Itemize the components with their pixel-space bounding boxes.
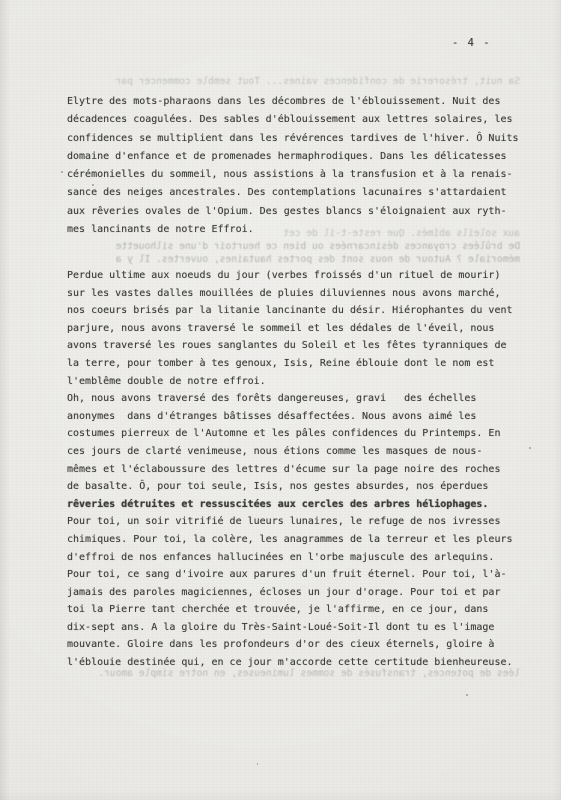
text-line: chimiques. Pour toi, la colère, les anag… (67, 531, 513, 549)
text-line: costumes pierreux de l'Automne et les pâ… (67, 425, 513, 443)
text-line: toi la Pierre tant cherchée et trouvée, … (67, 601, 513, 619)
text-line: mêmes et l'éclaboussure des lettres d'éc… (67, 461, 513, 479)
text-line: jamais des paroles magiciennes, écloses … (67, 584, 513, 602)
text-line: l'éblouie destinée qui, en ce jour m'acc… (67, 654, 513, 672)
text-line: nos coeurs brisés par la litanie lancina… (67, 302, 513, 320)
text-line: Pour toi, ce sang d'ivoire aux parures d… (67, 566, 513, 584)
dust-speck (92, 184, 94, 186)
dust-speck (61, 171, 63, 173)
bleed-through-line: De brûlées croyances désincarnées ou bie… (64, 241, 520, 252)
dust-speck (257, 763, 258, 765)
text-line: Oh, nous avons traversé des forêts dange… (67, 390, 513, 408)
text-line: sance des neiges ancestrales. Des contem… (67, 184, 519, 202)
text-line: décadences coagulées. Des sables d'éblou… (67, 111, 519, 129)
text-line: cérémonielles du sommeil, nous assistion… (67, 166, 519, 184)
text-line: anonymes dans d'étranges bâtisses désaff… (67, 408, 513, 426)
text-line: mes lancinants de notre Effroi. (67, 221, 519, 239)
text-line: ces jours de clarté venimeuse, nous étio… (67, 443, 513, 461)
dust-speck (466, 694, 468, 696)
typewritten-paragraph-2: Perdue ultime aux noeuds du jour (verbes… (67, 267, 513, 672)
text-line: d'effroi de nos enfances hallucinées en … (67, 549, 513, 567)
text-line: parjure, nous avons traversé le sommeil … (67, 320, 513, 338)
text-line: domaine d'enfance et de promenades herma… (67, 148, 519, 166)
text-line: confidences se multiplient dans les révé… (67, 130, 519, 148)
text-line: de basalte. Ô, pour toi seule, Isis, nos… (67, 478, 513, 496)
text-line: l'emblême double de notre effroi. (67, 373, 513, 391)
text-line: aux rêveries ovales de l'Opium. Des gest… (67, 203, 519, 221)
dust-speck (529, 447, 531, 449)
text-line: dix-sept ans. A la gloire du Très-Saint-… (67, 619, 513, 637)
scanned-document-page: Sa nuit, trésorerie de confidences vaine… (0, 0, 561, 800)
bleed-through-line: mémoriale ? Autour de nous sont des port… (64, 254, 520, 265)
page-number: - 4 - (452, 37, 491, 49)
text-line: mouvante. Gloire dans les profondeurs d'… (67, 636, 513, 654)
text-line: rêveries détruites et ressuscitées aux c… (67, 496, 513, 514)
text-line: Pour toi, un soir vitrifié de lueurs lun… (67, 513, 513, 531)
text-line: Perdue ultime aux noeuds du jour (verbes… (67, 267, 513, 285)
typewritten-paragraph-1: Elytre des mots-pharaons dans les décomb… (67, 93, 519, 239)
text-line: avons traversé les roues sanglantes du S… (67, 337, 513, 355)
text-line: sur les vastes dalles mouillées de pluie… (67, 285, 513, 303)
text-line: Elytre des mots-pharaons dans les décomb… (67, 93, 519, 111)
bleed-through-line: Sa nuit, trésorerie de confidences vaine… (64, 76, 520, 87)
text-line: la terre, pour tomber à tes genoux, Isis… (67, 355, 513, 373)
